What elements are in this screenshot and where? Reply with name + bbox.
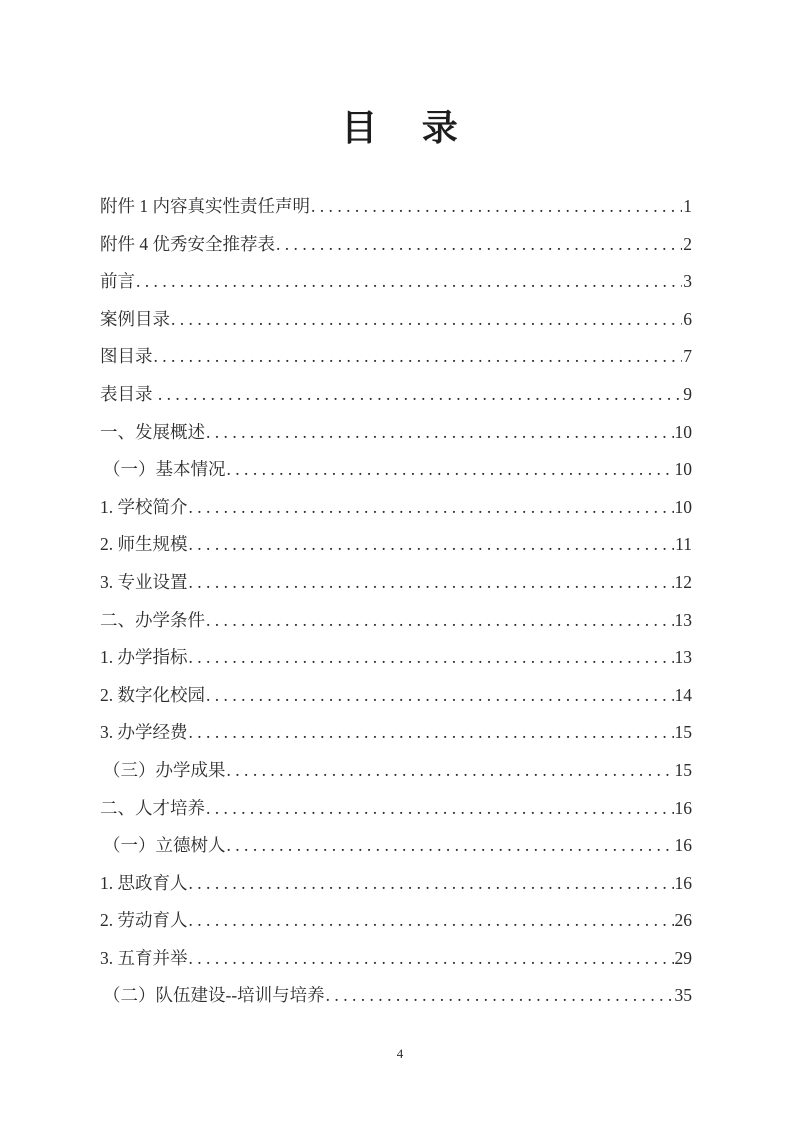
toc-entry: 表目录 9: [100, 376, 692, 414]
toc-entry: 前言 3: [100, 263, 692, 301]
toc-entry-page: 13: [675, 639, 693, 677]
toc-entry-page: 10: [675, 414, 693, 452]
dot-leader: [189, 526, 675, 564]
toc-entry-page: 9: [683, 376, 692, 414]
dot-leader: [206, 677, 674, 715]
toc-entry-page: 15: [675, 752, 693, 790]
toc-entry-page: 15: [675, 714, 693, 752]
toc-entry: 3. 专业设置 12: [100, 564, 692, 602]
dot-leader: [206, 602, 674, 640]
toc-entry-label: 附件 4 优秀安全推荐表: [100, 226, 275, 264]
toc-entry-label: 3. 五育并举: [100, 940, 188, 978]
dot-leader: [189, 564, 674, 602]
toc-entry-page: 16: [675, 790, 693, 828]
toc-entry-label: 前言: [100, 263, 135, 301]
toc-entry-label: 表目录: [100, 376, 157, 414]
toc-entry-label: 案例目录: [100, 301, 170, 339]
toc-entry-label: 2. 劳动育人: [100, 902, 188, 940]
toc-entry-label: 1. 学校简介: [100, 489, 188, 527]
toc-entry-label: 2. 数字化校园: [100, 677, 205, 715]
toc-entry: 3. 五育并举 29: [100, 940, 692, 978]
toc-entry: 案例目录 6: [100, 301, 692, 339]
toc-entry: 2. 劳动育人 26: [100, 902, 692, 940]
toc-entry-page: 12: [675, 564, 693, 602]
toc-entry-page: 2: [683, 226, 692, 264]
dot-leader: [311, 188, 682, 226]
toc-entry-label: 二、人才培养: [100, 790, 205, 828]
toc-entry-label: 附件 1 内容真实性责任声明: [100, 188, 310, 226]
toc-entry-label: 一、发展概述: [100, 414, 205, 452]
toc-entry-page: 13: [675, 602, 693, 640]
dot-leader: [227, 752, 674, 790]
toc-entry-page: 6: [683, 301, 692, 339]
dot-leader: [189, 940, 674, 978]
toc-entry-label: 2. 师生规模: [100, 526, 188, 564]
toc-entry-label: 二、办学条件: [100, 602, 205, 640]
toc-entry-page: 29: [675, 940, 693, 978]
page-title: 目 录: [0, 100, 800, 151]
toc-entry-page: 7: [683, 338, 692, 376]
toc-entry: （三）办学成果 15: [100, 752, 692, 790]
toc-entry: 附件 4 优秀安全推荐表 2: [100, 226, 692, 264]
dot-leader: [276, 226, 682, 264]
toc-entry: 一、发展概述 10: [100, 414, 692, 452]
toc-entry: 图目录 7: [100, 338, 692, 376]
toc-list: 附件 1 内容真实性责任声明 1 附件 4 优秀安全推荐表 2 前言 3 案例目…: [100, 188, 692, 1015]
toc-entry-label: 1. 思政育人: [100, 865, 188, 903]
toc-entry: 1. 思政育人 16: [100, 865, 692, 903]
dot-leader: [206, 790, 674, 828]
toc-entry: 2. 师生规模 11: [100, 526, 692, 564]
toc-entry-page: 16: [675, 865, 693, 903]
page-number: 4: [0, 1046, 800, 1062]
toc-entry-label: 1. 办学指标: [100, 639, 188, 677]
dot-leader: [206, 414, 674, 452]
toc-entry-page: 35: [675, 977, 693, 1015]
dot-leader: [189, 489, 674, 527]
toc-entry-label: （二）队伍建设--培训与培养: [103, 977, 325, 1015]
dot-leader: [189, 865, 674, 903]
toc-entry: 附件 1 内容真实性责任声明 1: [100, 188, 692, 226]
toc-entry: （二）队伍建设--培训与培养 35: [100, 977, 692, 1015]
toc-entry: 1. 学校简介 10: [100, 489, 692, 527]
toc-entry-label: （三）办学成果: [103, 752, 226, 790]
toc-entry-label: （一）立德树人: [103, 827, 226, 865]
dot-leader: [189, 902, 674, 940]
toc-entry-label: 3. 专业设置: [100, 564, 188, 602]
toc-entry: 二、人才培养 16: [100, 790, 692, 828]
toc-entry-page: 16: [675, 827, 693, 865]
toc-entry: 3. 办学经费 15: [100, 714, 692, 752]
toc-entry-label: 3. 办学经费: [100, 714, 188, 752]
dot-leader: [326, 977, 674, 1015]
dot-leader: [227, 451, 674, 489]
dot-leader: [189, 639, 674, 677]
toc-entry-page: 10: [675, 451, 693, 489]
toc-entry: 二、办学条件 13: [100, 602, 692, 640]
toc-entry-page: 3: [683, 263, 692, 301]
toc-entry-label: （一）基本情况: [103, 451, 226, 489]
dot-leader: [227, 827, 674, 865]
dot-leader: [154, 338, 683, 376]
dot-leader: [136, 263, 682, 301]
toc-entry: （一）立德树人 16: [100, 827, 692, 865]
toc-entry-page: 10: [675, 489, 693, 527]
dot-leader: [171, 301, 682, 339]
toc-entry-page: 14: [675, 677, 693, 715]
toc-entry-page: 11: [675, 526, 692, 564]
dot-leader: [189, 714, 674, 752]
toc-entry-page: 1: [683, 188, 692, 226]
toc-entry: （一）基本情况 10: [100, 451, 692, 489]
toc-entry-page: 26: [675, 902, 693, 940]
toc-entry-label: 图目录: [100, 338, 153, 376]
toc-entry: 1. 办学指标 13: [100, 639, 692, 677]
dot-leader: [158, 376, 682, 414]
toc-entry: 2. 数字化校园 14: [100, 677, 692, 715]
document-page: 目 录 附件 1 内容真实性责任声明 1 附件 4 优秀安全推荐表 2 前言 3…: [0, 0, 800, 1131]
